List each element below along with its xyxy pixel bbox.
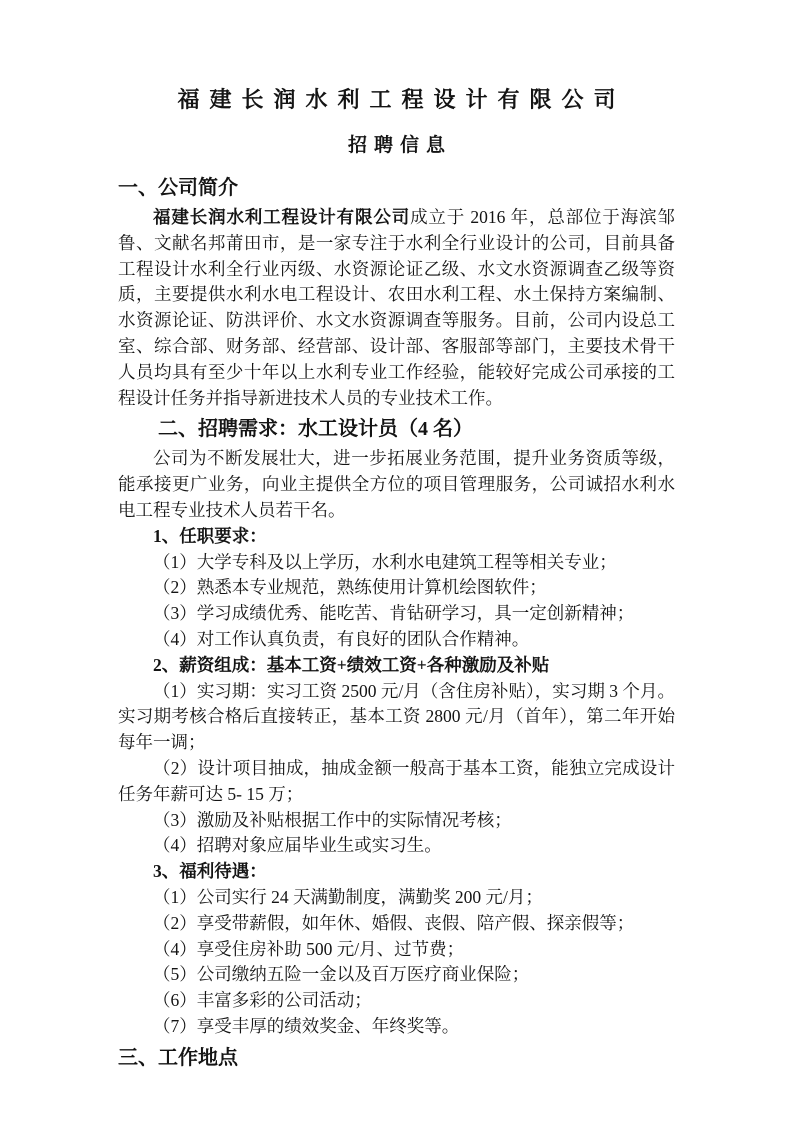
benefit-item: （2）享受带薪假，如年休、婚假、丧假、陪产假、探亲假等； [118,911,675,937]
document-page: 福建长润水利工程设计有限公司 招聘信息 一、公司简介 福建长润水利工程设计有限公… [0,0,793,1122]
job-requirement-item: （1）大学专科及以上学历，水利水电建筑工程等相关专业； [118,550,675,576]
section-heading-work-location: 三、工作地点 [118,1044,675,1072]
company-intro-text: 成立于 2016 年，总部位于海滨邹鲁、文献名邦莆田市，是一家专注于水利全行业设… [118,207,675,408]
salary-item: （2）设计项目抽成，抽成金额一般高于基本工资，能独立完成设计任务年薪可达 5- … [118,756,675,808]
benefit-item: （5）公司缴纳五险一金以及百万医疗商业保险； [118,962,675,988]
company-name-bold: 福建长润水利工程设计有限公司 [153,207,410,227]
salary-item: （3）激励及补贴根据工作中的实际情况考核； [118,808,675,834]
job-requirement-item: （4）对工作认真负责，有良好的团队合作精神。 [118,627,675,653]
section-heading-recruit-demand: 二、招聘需求：水工设计员（4 名） [118,415,675,443]
subsection-title-job-requirements: 1、任职要求： [118,524,675,550]
subsection-title-benefits: 3、福利待遇： [118,859,675,885]
doc-subtitle: 招聘信息 [118,134,675,158]
benefit-item: （4）享受住房补助 500 元/月、过节费； [118,937,675,963]
benefit-item: （7）享受丰厚的绩效奖金、年终奖等。 [118,1014,675,1040]
company-intro-paragraph: 福建长润水利工程设计有限公司成立于 2016 年，总部位于海滨邹鲁、文献名邦莆田… [118,205,675,411]
salary-item: （4）招聘对象应届毕业生或实习生。 [118,833,675,859]
section-heading-company-intro: 一、公司简介 [118,174,675,202]
benefit-item: （1）公司实行 24 天满勤制度，满勤奖 200 元/月； [118,885,675,911]
doc-title: 福建长润水利工程设计有限公司 [118,86,675,114]
job-requirement-item: （2）熟悉本专业规范，熟练使用计算机绘图软件； [118,575,675,601]
subsection-title-salary: 2、薪资组成：基本工资+绩效工资+各种激励及补贴 [118,653,675,679]
recruit-intro-paragraph: 公司为不断发展壮大，进一步拓展业务范围，提升业务资质等级，能承接更广业务，向业主… [118,446,675,523]
job-requirement-item: （3）学习成绩优秀、能吃苦、肯钻研学习，具一定创新精神； [118,601,675,627]
salary-item: （1）实习期：实习工资 2500 元/月（含住房补贴），实习期 3 个月。实习期… [118,679,675,756]
benefit-item: （6）丰富多彩的公司活动； [118,988,675,1014]
